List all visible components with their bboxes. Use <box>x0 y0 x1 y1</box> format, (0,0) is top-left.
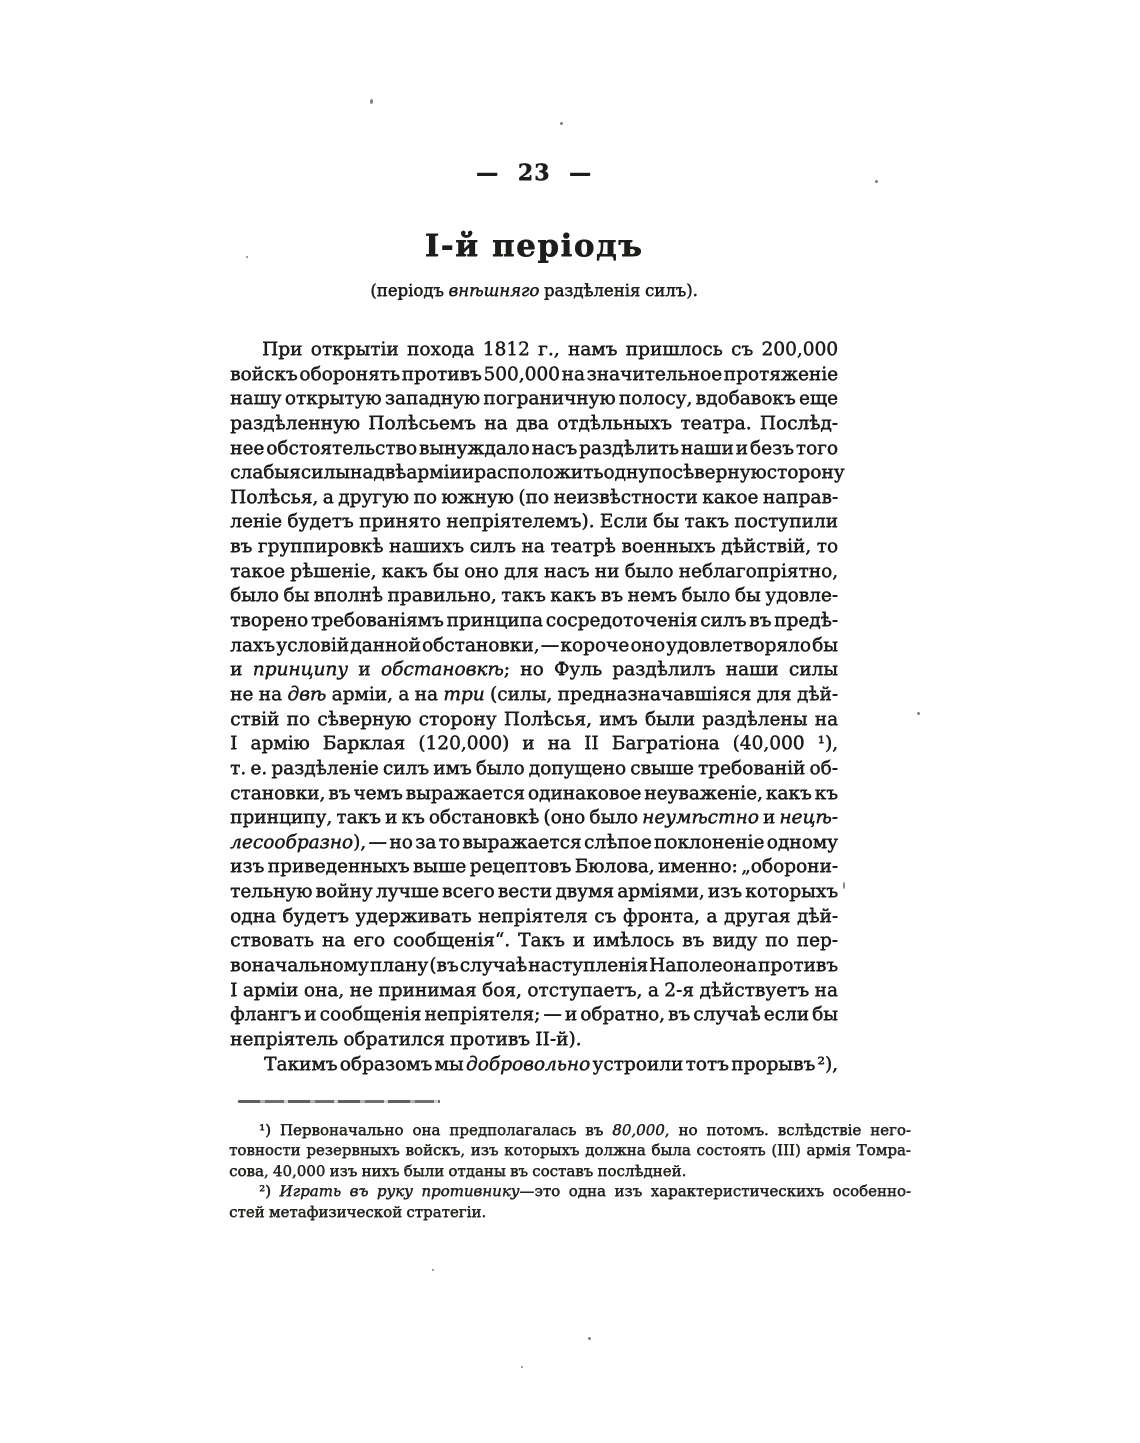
word: ²), <box>817 1053 838 1078</box>
word: одна <box>230 905 276 930</box>
text-line: ²)Игратьвърукупротивнику—этооднаизъхарак… <box>229 1181 911 1201</box>
text-line: воначальномуплану(въслучаѣнаступленіяНап… <box>230 954 838 979</box>
word: театра. <box>680 412 751 437</box>
word: дѣйствуетъ <box>699 979 809 1004</box>
word: вдобавокъ <box>696 387 796 412</box>
paper-speck <box>560 122 563 125</box>
word: другую <box>338 486 409 511</box>
word: другая <box>724 905 791 930</box>
word: образомъ <box>340 1053 433 1078</box>
word: Полѣсьемъ <box>368 412 476 437</box>
word: оно <box>630 634 665 659</box>
word: полосу, <box>619 387 693 412</box>
word: Багратіона <box>612 732 720 757</box>
word: а <box>648 979 659 1004</box>
word: на <box>259 683 282 708</box>
word: войну <box>316 880 373 905</box>
word: было <box>230 584 279 609</box>
text-line: ипринципуиобстановкѣ;ноФульраздѣлилънаши… <box>230 658 838 683</box>
text-line: изъприведенныхъвышерецептовъБюлова,именн… <box>230 855 838 880</box>
word: арміи, <box>331 683 392 708</box>
word: Томра- <box>857 1140 911 1160</box>
word: дѣй- <box>797 905 838 930</box>
word: (въ <box>429 954 458 979</box>
text-line: непріятельобратилсяпротивъII-й). <box>230 1028 838 1053</box>
paper-speck <box>588 1337 591 1340</box>
word: въ <box>350 1181 369 1201</box>
text-line: нашуоткрытуюзападнуюпограничнуюполосу,вд… <box>230 387 838 412</box>
word: данной <box>350 634 421 659</box>
word: не <box>230 683 253 708</box>
word: противъ <box>450 1028 530 1053</box>
text-line: слабыясилынадвѣарміиирасположитьоднупосѣ… <box>230 461 838 486</box>
word: оно <box>464 560 499 585</box>
word: сова, <box>229 1161 269 1181</box>
word: три <box>443 683 484 708</box>
word: если <box>764 1003 809 1028</box>
word: допущено <box>529 757 626 782</box>
word: удовлетворяло <box>666 634 811 659</box>
word: ¹) <box>259 1120 271 1140</box>
text-line: сова,40,000изънихъбылиотданывъсоставъпос… <box>229 1161 911 1181</box>
word: обстоятельство <box>266 437 417 462</box>
word: его <box>353 929 385 954</box>
word: лахъ <box>230 634 275 659</box>
word: вслѣдствіе <box>778 1120 861 1140</box>
word: предполагалась <box>449 1120 576 1140</box>
word: творено <box>230 609 308 634</box>
word: группировкѣ <box>258 535 384 560</box>
word: изъ <box>471 1140 499 1160</box>
text-line: ствійпосѣвернуюсторонуПолѣсья,имъбылираз… <box>230 708 838 733</box>
text-line: раздѣленнуюПолѣсьемънадваотдѣльныхътеатр… <box>230 412 838 437</box>
text-line: товностирезервныхъвойскъ,изъкоторыхъдолж… <box>229 1140 911 1160</box>
word: удовле- <box>765 584 838 609</box>
word: бы <box>812 634 838 659</box>
word: обратно, <box>580 1003 665 1028</box>
word: такъ <box>684 510 729 535</box>
word: для <box>504 560 539 585</box>
word: раздѣлить <box>579 437 679 462</box>
word: Такъ <box>518 929 565 954</box>
word: рецептовъ <box>470 855 572 880</box>
word: предѣ- <box>774 609 838 634</box>
word: ²) <box>259 1181 271 1201</box>
paper-speck <box>521 1366 523 1368</box>
word: выражается <box>462 831 581 856</box>
word: какъ <box>766 782 812 807</box>
word: на <box>815 708 838 733</box>
text-line: (періодъвнѣшнягораздѣленіясилъ). <box>230 281 838 300</box>
footnotes: ¹)Первоначальноонапредполагаласьвъ80,000… <box>229 1120 911 1222</box>
word: значительное <box>587 363 722 388</box>
word: непріятель <box>230 1028 338 1053</box>
word: и <box>736 437 748 462</box>
word: принципу <box>253 658 348 683</box>
body-text: Приоткрытіипохода1812г.,намъпришлосьсъ20… <box>230 338 838 1077</box>
word: сѣверную <box>673 461 767 486</box>
word: слѣпое <box>584 831 652 856</box>
word: пограничную <box>483 387 615 412</box>
word: на <box>561 363 584 388</box>
word: того <box>796 437 838 462</box>
word: II-й). <box>535 1028 581 1053</box>
word: открытую <box>285 387 382 412</box>
text-line: леніебудетъпринятонепріятелемъ).Еслибыта… <box>230 510 838 535</box>
word: силъ <box>470 535 516 560</box>
word: неумѣстно <box>642 806 759 831</box>
word: два <box>516 412 549 437</box>
chapter-title: I-й періодъ <box>230 228 838 264</box>
word: (по <box>518 486 549 511</box>
word: а <box>398 683 409 708</box>
word: (120,000) <box>418 732 509 757</box>
text-line: такоерѣшеніе,какъбыонодлянасънибылонебла… <box>230 560 838 585</box>
word: имъ <box>433 757 472 782</box>
word: раздѣлены <box>702 708 807 733</box>
word: вполнѣ <box>314 584 383 609</box>
word: непріятелемъ). <box>446 510 594 535</box>
text-line: стейметафизическойстратегіи. <box>229 1202 911 1222</box>
word: удерживать <box>355 905 471 930</box>
word: направ- <box>763 486 838 511</box>
word: южную <box>441 486 513 511</box>
text-line: т.е.раздѣленіесилъимъбылодопущеносвышетр… <box>230 757 838 782</box>
word: обратился <box>343 1028 445 1053</box>
word: похода <box>407 338 474 363</box>
text-line: однабудетъудерживатьнепріятелясъфронта,а… <box>230 905 838 930</box>
word: леніе <box>230 510 282 535</box>
word: на <box>484 412 507 437</box>
word: и <box>462 461 474 486</box>
word: стей <box>229 1202 265 1222</box>
word: было <box>476 757 525 782</box>
word: раздѣленную <box>230 412 360 437</box>
word: армію <box>250 732 309 757</box>
word: всего <box>442 880 495 905</box>
word: были <box>404 1161 445 1181</box>
word: Наполеона <box>649 954 757 979</box>
word: отданы <box>448 1161 505 1181</box>
word: об- <box>809 757 838 782</box>
word: него- <box>870 1120 911 1140</box>
word: руку <box>377 1181 413 1201</box>
word: одна <box>569 1181 606 1201</box>
word: именно: <box>658 855 738 880</box>
word: предназначавшіяся <box>558 683 752 708</box>
word: слабыя <box>230 461 301 486</box>
word: бы <box>735 584 761 609</box>
word: по <box>765 929 788 954</box>
word: немъ <box>627 584 676 609</box>
word: лучше <box>376 880 439 905</box>
word: западную <box>385 387 480 412</box>
word: II <box>584 732 599 757</box>
word: Такимъ <box>264 1053 337 1078</box>
word: она <box>412 1120 440 1140</box>
text-line: ненадвѣарміи,анатри(силы,предназначавшія… <box>230 683 838 708</box>
word: Бюлова, <box>575 855 655 880</box>
word: выражается <box>406 782 525 807</box>
text-line: въгруппировкѣнашихъсилънатеатрѣвоенныхъд… <box>230 535 838 560</box>
word: принимая <box>378 979 476 1004</box>
word: на <box>322 929 345 954</box>
word: рѣшеніе, <box>290 560 376 585</box>
word: наши <box>681 437 734 462</box>
word: въ <box>328 782 350 807</box>
word: но <box>389 831 412 856</box>
word: къ <box>401 806 424 831</box>
word: 1812 <box>483 338 530 363</box>
word: 40,000 <box>273 1161 326 1181</box>
word: — <box>543 1003 562 1028</box>
word: сѣверную <box>317 708 411 733</box>
word: и <box>573 929 585 954</box>
word: Играть <box>279 1181 341 1201</box>
text-line: становки,въчемъвыражаетсяодинаковоенеува… <box>230 782 838 807</box>
word: войскъ, <box>405 1140 465 1160</box>
word: устроили <box>592 1053 683 1078</box>
text-line: былобывполнѣправильно,такъкакъвънемъбыло… <box>230 584 838 609</box>
word: фронта, <box>623 905 700 930</box>
word: войскъ <box>230 363 298 388</box>
word: 80,000, <box>612 1120 669 1140</box>
word: е. <box>250 757 267 782</box>
word: лесообразно), <box>230 831 366 856</box>
word: непріятеля; <box>424 1003 540 1028</box>
text-line: лесообразно),—нозатовыражаетсяслѣпоепокл… <box>230 831 838 856</box>
word: „оборони- <box>741 855 838 880</box>
text-line: тельнуювойнулучшевсеговестидвумяарміями,… <box>230 880 838 905</box>
word: но <box>520 658 543 683</box>
text-line: нееобстоятельствовынуждалонасъраздѣлитьн… <box>230 437 838 462</box>
word: арміи <box>243 979 299 1004</box>
word: къ <box>815 782 838 807</box>
word: изъ <box>230 855 264 880</box>
word: арміи <box>406 461 462 486</box>
word: свыше <box>630 757 694 782</box>
word: но <box>678 1120 697 1140</box>
text-line: принципу,такъикъобстановкѣ(онобылонеумѣс… <box>230 806 838 831</box>
word: мы <box>434 1053 463 1078</box>
word: сторону <box>767 461 845 486</box>
word: особенно- <box>832 1181 910 1201</box>
word: обстановки, <box>422 634 540 659</box>
word: случаѣ <box>693 1003 760 1028</box>
word: открытіи <box>311 338 399 363</box>
word: вести <box>498 880 552 905</box>
word: какъ <box>550 584 596 609</box>
word: тельную <box>230 880 312 905</box>
word: одинаковое <box>528 782 641 807</box>
word: поклоненіе <box>654 831 764 856</box>
footnote-divider <box>238 1100 440 1103</box>
word: которыхъ <box>504 1140 579 1160</box>
word: сторону <box>419 708 497 733</box>
word: противъ <box>402 363 482 388</box>
word: внѣшняго <box>448 281 539 300</box>
word: съ <box>731 338 753 363</box>
scanned-book-page: — 23 — I-й періодъ (періодъвнѣшнягораздѣ… <box>0 0 1140 1443</box>
word: Барклая <box>323 732 405 757</box>
word: такъ <box>501 584 546 609</box>
word: силъ). <box>645 281 698 300</box>
word: по <box>413 486 436 511</box>
word: ствій <box>230 708 279 733</box>
word: и <box>763 806 775 831</box>
word: дѣйствій, <box>721 535 811 560</box>
word: бы <box>433 560 459 585</box>
word: было <box>625 560 674 585</box>
word: послѣдней. <box>597 1161 686 1181</box>
word: составъ <box>532 1161 593 1181</box>
word: нашу <box>230 387 281 412</box>
word: было <box>681 584 730 609</box>
word: нее <box>230 437 264 462</box>
word: и <box>565 1003 577 1028</box>
word: силъ <box>700 609 746 634</box>
word: прорывъ <box>731 1053 815 1078</box>
word: пришлось <box>626 338 723 363</box>
word: военныхъ <box>621 535 715 560</box>
word: пер- <box>797 929 838 954</box>
word: двѣ <box>287 683 326 708</box>
word: будетъ <box>287 510 353 535</box>
word: принято <box>359 510 441 535</box>
word: не <box>350 979 373 1004</box>
word: принципу, <box>230 806 332 831</box>
word: раздѣленіе <box>271 757 378 782</box>
text-line: войскъоборонятьпротивъ500,000назначитель… <box>230 363 838 388</box>
word: силы <box>301 461 350 486</box>
word: арміями, <box>617 880 704 905</box>
word: правильно, <box>387 584 496 609</box>
word: нецѣ- <box>779 806 838 831</box>
word: она, <box>304 979 344 1004</box>
word: отступаетъ, <box>527 979 642 1004</box>
word: I <box>230 979 237 1004</box>
word: на <box>350 461 373 486</box>
chapter-subtitle: (періодъвнѣшнягораздѣленіясилъ). <box>230 281 838 300</box>
text-line: ¹)Первоначальноонапредполагаласьвъ80,000… <box>229 1120 911 1140</box>
word: I <box>230 732 237 757</box>
word: и <box>385 806 397 831</box>
word: короче <box>560 634 629 659</box>
word: на <box>814 979 837 1004</box>
word: въ <box>601 584 623 609</box>
word: неблагопріятно, <box>679 560 838 585</box>
word: то <box>817 535 838 560</box>
word: тотъ <box>685 1053 728 1078</box>
paper-speck <box>432 1269 434 1271</box>
word: бы <box>812 1003 838 1028</box>
word: Полѣсья, <box>504 708 592 733</box>
word: Если <box>600 510 648 535</box>
word: раздѣленія <box>544 281 640 300</box>
word: боя, <box>482 979 522 1004</box>
word: изъ <box>329 1161 357 1181</box>
word: При <box>262 338 302 363</box>
word: силъ <box>383 757 429 782</box>
word: на <box>415 683 438 708</box>
word: Полѣсья, <box>230 486 318 511</box>
word: добровольно <box>466 1053 590 1078</box>
word: товности <box>229 1140 301 1160</box>
word: двумя <box>555 880 614 905</box>
word: сообщенія“. <box>393 929 510 954</box>
word: и <box>230 658 242 683</box>
word: на <box>548 732 571 757</box>
word: Послѣд- <box>760 412 838 437</box>
word: въ <box>682 929 704 954</box>
word: становки, <box>230 782 325 807</box>
word: противнику—это <box>421 1181 560 1201</box>
text-line: ствоватьнаегосообщенія“.Такъиимѣлосьвъви… <box>230 929 838 954</box>
word: были <box>645 708 695 733</box>
word: насъ <box>544 560 590 585</box>
word: обстановкѣ <box>429 806 540 831</box>
word: нихъ <box>361 1161 399 1181</box>
word: нашихъ <box>389 535 464 560</box>
word: сосредоточенія <box>546 609 698 634</box>
word: будетъ <box>282 905 348 930</box>
word: выше <box>413 855 466 880</box>
word: флангъ <box>230 1003 301 1028</box>
word: театрѣ <box>550 535 615 560</box>
word: армія <box>806 1140 850 1160</box>
word: ни <box>595 560 620 585</box>
word: 500,000 <box>483 363 560 388</box>
word: изъ <box>614 1181 642 1201</box>
word: приведенныхъ <box>268 855 410 880</box>
word: сообщенія <box>319 1003 421 1028</box>
word: съ <box>594 905 616 930</box>
word: намъ <box>568 338 618 363</box>
word: неизвѣстности <box>553 486 697 511</box>
word: было <box>589 806 638 831</box>
word: метафизической <box>269 1202 402 1222</box>
word: обстановкѣ; <box>381 658 510 683</box>
text-line: Приоткрытіипохода1812г.,намъпришлосьсъ20… <box>230 338 838 363</box>
paper-speck <box>370 99 373 104</box>
word: (оно <box>543 806 585 831</box>
word: требованіямъ <box>311 609 444 634</box>
word: случаѣ <box>460 954 527 979</box>
word: безъ <box>750 437 794 462</box>
word: въ <box>230 535 252 560</box>
word: чемъ <box>353 782 402 807</box>
word: изъ <box>708 880 742 905</box>
word: и <box>358 658 370 683</box>
word: дѣй- <box>797 683 838 708</box>
word: одну <box>603 461 649 486</box>
word: наступленія <box>528 954 648 979</box>
word: такъ <box>336 806 381 831</box>
word: 2-я <box>664 979 694 1004</box>
word: по <box>287 708 310 733</box>
word: и <box>522 732 534 757</box>
word: Фуль <box>554 658 602 683</box>
word: которыхъ <box>745 880 838 905</box>
word: резервныхъ <box>306 1140 400 1160</box>
word: требованій <box>698 757 805 782</box>
word: ствовать <box>230 929 314 954</box>
word: противъ <box>758 954 838 979</box>
word: состоять <box>696 1140 765 1160</box>
word: характеристическихъ <box>651 1181 824 1201</box>
word: силы <box>789 658 838 683</box>
text-line: флангъисообщеніянепріятеля;—иобратно,въс… <box>230 1003 838 1028</box>
